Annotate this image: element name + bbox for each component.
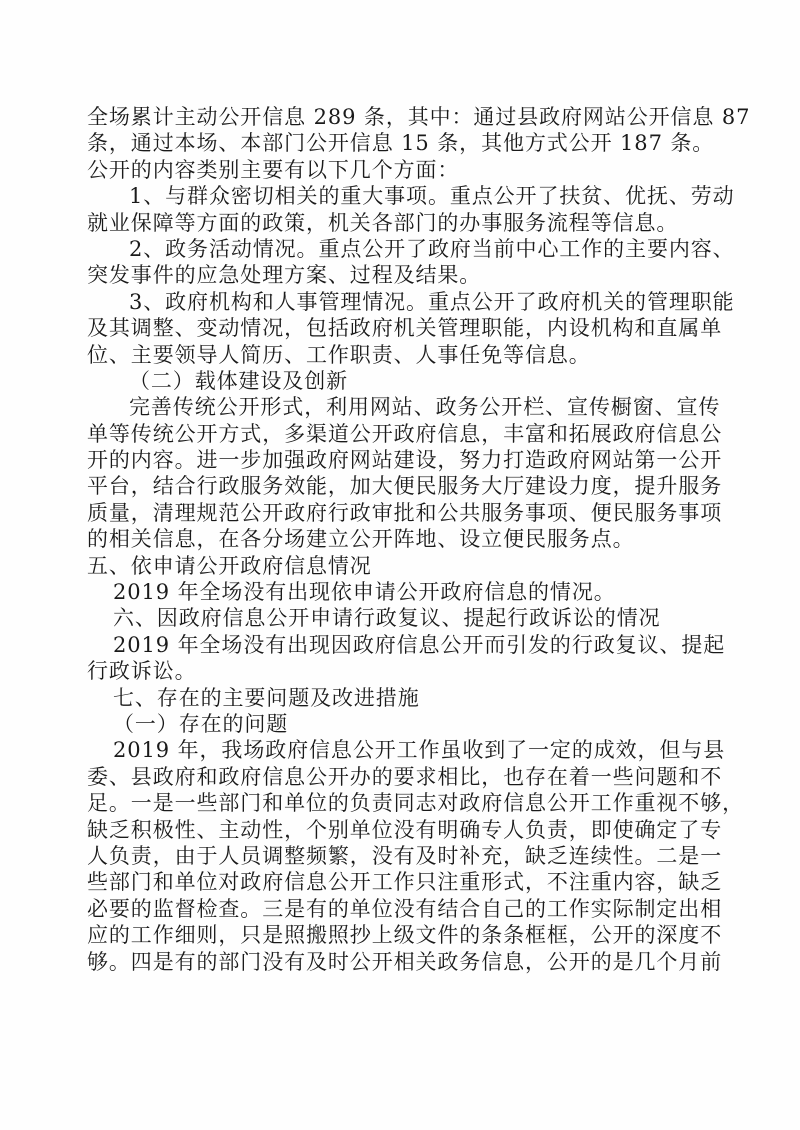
- text-line: 委、县政府和政府信息公开办的要求相比，也存在着一些问题和不: [87, 764, 717, 790]
- text-line: 完善传统公开形式，利用网站、政务公开栏、宣传橱窗、宣传: [87, 394, 717, 420]
- text-line: 够。四是有的部门没有及时公开相关政务信息，公开的是几个月前: [87, 949, 717, 975]
- text-line: 条，通过本场、本部门公开信息 15 条，其他方式公开 187 条。: [87, 130, 717, 156]
- text-line: 全场累计主动公开信息 289 条，其中：通过县政府网站公开信息 87: [87, 104, 717, 130]
- text-line: 人负责，由于人员调整频繁，没有及时补充，缺乏连续性。二是一: [87, 843, 717, 869]
- text-line: 位、主要领导人简历、工作职责、人事任免等信息。: [87, 342, 717, 368]
- text-line: 就业保障等方面的政策，机关各部门的办事服务流程等信息。: [87, 210, 717, 236]
- text-line: 缺乏积极性、主动性，个别单位没有明确专人负责，即使确定了专: [87, 817, 717, 843]
- text-line: 3、政府机构和人事管理情况。重点公开了政府机关的管理职能: [87, 289, 717, 315]
- text-line: 1、与群众密切相关的重大事项。重点公开了扶贫、优抚、劳动: [87, 183, 717, 209]
- text-line: 2019 年全场没有出现因政府信息公开而引发的行政复议、提起: [87, 632, 717, 658]
- text-line: 质量，清理规范公开政府行政审批和公共服务事项、便民服务事项: [87, 500, 717, 526]
- text-line: 足。一是一些部门和单位的负责同志对政府信息公开工作重视不够，: [87, 790, 717, 816]
- text-line: 开的内容。进一步加强政府网站建设，努力打造政府网站第一公开: [87, 447, 717, 473]
- text-line: 2019 年全场没有出现依申请公开政府信息的情况。: [87, 579, 717, 605]
- text-line: 2、政务活动情况。重点公开了政府当前中心工作的主要内容、: [87, 236, 717, 262]
- text-line: 2019 年，我场政府信息公开工作虽收到了一定的成效，但与县: [87, 737, 717, 763]
- text-line: 突发事件的应急处理方案、过程及结果。: [87, 262, 717, 288]
- text-line: 的相关信息，在各分场建立公开阵地、设立便民服务点。: [87, 526, 717, 552]
- text-line: 单等传统公开方式，多渠道公开政府信息，丰富和拓展政府信息公: [87, 421, 717, 447]
- text-line: 及其调整、变动情况，包括政府机关管理职能，内设机构和直属单: [87, 315, 717, 341]
- text-line: 行政诉讼。: [87, 658, 717, 684]
- document-page: 全场累计主动公开信息 289 条，其中：通过县政府网站公开信息 87条，通过本场…: [0, 0, 800, 1130]
- text-line: 七、存在的主要问题及改进措施: [87, 685, 717, 711]
- text-line: 平台，结合行政服务效能，加大便民服务大厅建设力度，提升服务: [87, 473, 717, 499]
- document-body: 全场累计主动公开信息 289 条，其中：通过县政府网站公开信息 87条，通过本场…: [87, 104, 717, 975]
- text-line: 些部门和单位对政府信息公开工作只注重形式，不注重内容，缺乏: [87, 869, 717, 895]
- text-line: （二）载体建设及创新: [87, 368, 717, 394]
- text-line: 应的工作细则，只是照搬照抄上级文件的条条框框，公开的深度不: [87, 922, 717, 948]
- text-line: 六、因政府信息公开申请行政复议、提起行政诉讼的情况: [87, 605, 717, 631]
- text-line: 必要的监督检查。三是有的单位没有结合自己的工作实际制定出相: [87, 896, 717, 922]
- text-line: （一）存在的问题: [87, 711, 717, 737]
- text-line: 五、依申请公开政府信息情况: [87, 553, 717, 579]
- text-line: 公开的内容类别主要有以下几个方面：: [87, 157, 717, 183]
